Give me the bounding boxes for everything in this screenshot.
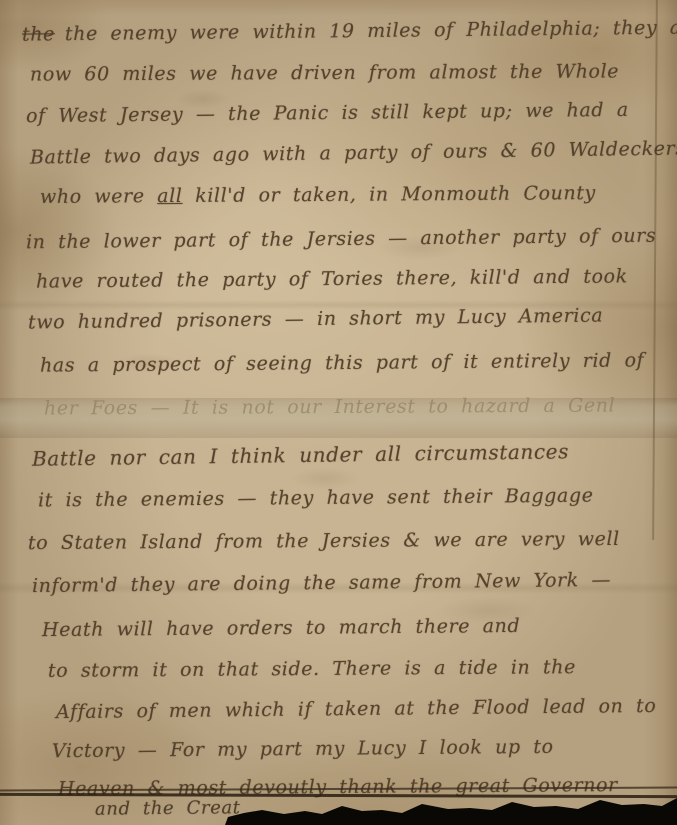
torn-edge-backdrop [0,795,677,825]
struck-out-word: the [22,23,55,45]
letter-line-15: Heath will have orders to march there an… [42,615,520,641]
letter-line-10-faded: her Foes — It is not our Interest to haz… [44,395,615,420]
letter-line-18: Victory — For my part my Lucy I look up … [52,736,554,762]
letter-line-5-post: kill'd or taken, in Monmouth County [182,182,595,207]
letter-line-13: to Staten Island from the Jersies & we a… [28,528,620,554]
letter-scan: thethe enemy were within 19 miles of Phi… [0,0,677,825]
letter-line-16: to storm it on that side. There is a tid… [48,656,576,682]
letter-line-2: now 60 miles we have driven from almost … [30,60,619,85]
torn-edge-shape [225,798,677,825]
letter-line-5-pre: who were [40,185,157,208]
letter-line-5: who were all kill'd or taken, in Monmout… [40,182,596,208]
underlined-word: all [157,185,182,207]
